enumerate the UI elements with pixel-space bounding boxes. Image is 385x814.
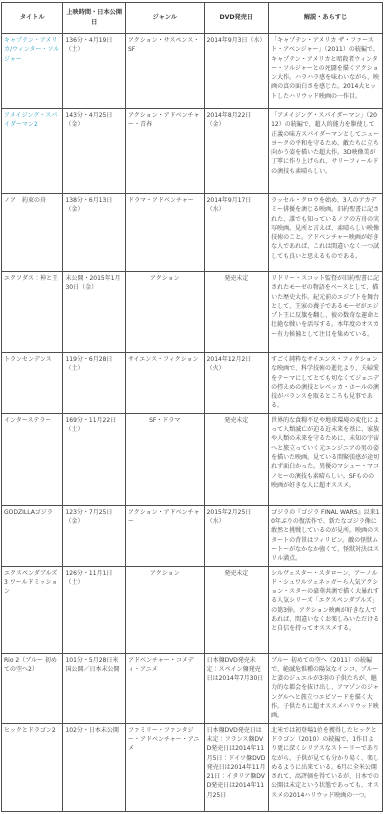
dvd-release-cell: 2015年2月25日（水） [204, 505, 269, 566]
synopsis-cell: 「キャプテン・アメリカ ザ・ファースト・アベンジャー」（2011）の続編で、キャ… [269, 34, 383, 109]
synopsis-cell: ブルー 初めての空へ（2011）の続編で、絶滅危惧種の陽気なインコ、ブルーと妻の… [269, 653, 383, 723]
movie-title-cell: エクソダス：神と王 [2, 272, 63, 353]
movie-title: ヒックとドラゴン2 [4, 727, 56, 734]
dvd-release-cell: 2014年12月2日（火） [204, 353, 269, 414]
genre-cell: SF・ドラマ [125, 413, 204, 505]
dvd-release-cell: 日本盤DVD発売日は未定：フランス盤DVD発売日は2014年11月5日：ドイツ盤… [204, 723, 269, 811]
movie-title-cell: GODZILLAゴジラ [2, 505, 63, 566]
movie-title-cell: キャプテン・アメリカ/ウィンター・ソルジャー [2, 34, 63, 109]
movie-title: トランセンデンス [4, 356, 52, 363]
column-header-genre: ジャンル [125, 3, 204, 34]
movie-title: インターステラー [4, 417, 51, 424]
runtime-release-cell: 126分・11月1日（土） [63, 566, 125, 653]
dvd-release-cell: 2014年8月22日（金） [204, 109, 269, 194]
movie-row: エクソダス：神と王 未公開・2015年1月30日（金） アクション 発売未定 リ… [2, 272, 383, 353]
movie-title: エクソダス：神と王 [4, 275, 58, 282]
runtime-release-cell: 143分・4月25日（金） [63, 109, 125, 194]
movie-title: エクスペンダブルズ3 ワールドミッション [4, 570, 57, 596]
movie-row: トランセンデンス 119分・6月28日（土） サイエンス・フィクション 2014… [2, 353, 383, 414]
genre-cell: サイエンス・フィクション [125, 353, 204, 414]
dvd-release-cell: 2014年9月17日（水） [204, 194, 269, 272]
dvd-release-cell: 発売未定 [204, 413, 269, 505]
runtime-release-cell: 169分・11月22日（土） [63, 413, 125, 505]
movie-row: インターステラー 169分・11月22日（土） SF・ドラマ 発売未定 世界的な… [2, 413, 383, 505]
synopsis-cell: 「アメイジング・スパイダーマン」（2012）の続編で、超人的能力を駆使して正義の… [269, 109, 383, 194]
column-header-title: タイトル [2, 3, 63, 34]
movie-title: ノア 約束の舟 [4, 197, 46, 204]
column-header-runtime-release: 上映時間・日本公開日 [63, 3, 125, 34]
dvd-release-cell: 発売未定 [204, 272, 269, 353]
synopsis-cell: リドリー・スコット監督が旧約聖書に記されたモーゼの物語をベースとして、描いた歴史… [269, 272, 383, 353]
movie-release-page: タイトル 上映時間・日本公開日 ジャンル DVD発売日 解説・あらすじ キャプテ… [0, 0, 385, 814]
runtime-release-cell: 未公開・2015年1月30日（金） [63, 272, 125, 353]
genre-cell: アクション [125, 272, 204, 353]
movie-title-cell: ノア 約束の舟 [2, 194, 63, 272]
synopsis-cell: 北米では初登場1位を獲得したヒックとドラゴン（2010）の続編で、1作目より更に… [269, 723, 383, 811]
movie-title-link[interactable]: アメイジング・スパイダーマン2 [4, 112, 57, 128]
movie-row: キャプテン・アメリカ/ウィンター・ソルジャー 136分・4月19日（土） アクシ… [2, 34, 383, 109]
runtime-release-cell: 138分・6月13日（金） [63, 194, 125, 272]
movie-title-cell: Rio 2（ブルー 初めての空へ2） [2, 653, 63, 723]
movie-title-cell: インターステラー [2, 413, 63, 505]
movie-row: ヒックとドラゴン2 102分・日本未公開 ファミリー・ファンタジー・アドベンチャ… [2, 723, 383, 811]
genre-cell: ファミリー・ファンタジー・アドベンチャー・アニメ [125, 723, 204, 811]
synopsis-cell: ラッセル・クロウを始め、3人のアカデミー俳優を演じる映画。旧約聖書に記された、誰… [269, 194, 383, 272]
runtime-release-cell: 102分・日本未公開 [63, 723, 125, 811]
movie-table: タイトル 上映時間・日本公開日 ジャンル DVD発売日 解説・あらすじ キャプテ… [1, 2, 383, 812]
synopsis-cell: 世界的な食糧不足や地球環境の変化によって人類滅亡が迫る近未来を基に、家族や人類の… [269, 413, 383, 505]
runtime-release-cell: 119分・6月28日（土） [63, 353, 125, 414]
genre-cell: アクション [125, 566, 204, 653]
dvd-release-cell: 日本盤DVD発売未定：スペイン盤発売日は2014年7月30日 [204, 653, 269, 723]
genre-cell: ドラマ・アドベンチャー [125, 194, 204, 272]
movie-row: Rio 2（ブルー 初めての空へ2） 101分・5月28日米国公開／日本未公開 … [2, 653, 383, 723]
runtime-release-cell: 123分・7月25日（金） [63, 505, 125, 566]
movie-title-cell: エクスペンダブルズ3 ワールドミッション [2, 566, 63, 653]
genre-cell: アクション・サスペンス・SF [125, 34, 204, 109]
table-header-row: タイトル 上映時間・日本公開日 ジャンル DVD発売日 解説・あらすじ [2, 3, 383, 34]
column-header-dvd-date: DVD発売日 [204, 3, 269, 34]
movie-title: Rio 2（ブルー 初めての空へ2） [4, 657, 57, 673]
movie-row: ノア 約束の舟 138分・6月13日（金） ドラマ・アドベンチャー 2014年9… [2, 194, 383, 272]
genre-cell: アクション・アドベンチャー・青春 [125, 109, 204, 194]
synopsis-cell: すごく純粋なサイエンス・フィクションな映画で、科学技術の進化より、夫婦愛をテーマ… [269, 353, 383, 414]
movie-title-cell: ヒックとドラゴン2 [2, 723, 63, 811]
movie-title: GODZILLAゴジラ [4, 509, 53, 516]
movie-title-cell: アメイジング・スパイダーマン2 [2, 109, 63, 194]
genre-cell: アクション・アドベンチャー [125, 505, 204, 566]
movie-row: エクスペンダブルズ3 ワールドミッション 126分・11月1日（土） アクション… [2, 566, 383, 653]
genre-cell: アドベンチャー・コメディ・アニメ [125, 653, 204, 723]
synopsis-cell: ゴジラの『ゴジラ FINAL WARS』以来10年ぶりの復活作で、新たなゴジラ像… [269, 505, 383, 566]
synopsis-cell: シルヴェスター・スタローン、アーノルド・シュワルツェネッガーら人気アクション・ス… [269, 566, 383, 653]
runtime-release-cell: 136分・4月19日（土） [63, 34, 125, 109]
runtime-release-cell: 101分・5月28日米国公開／日本未公開 [63, 653, 125, 723]
dvd-release-cell: 2014年9月3日（水） [204, 34, 269, 109]
movie-title-cell: トランセンデンス [2, 353, 63, 414]
movie-row: GODZILLAゴジラ 123分・7月25日（金） アクション・アドベンチャー … [2, 505, 383, 566]
movie-title-link[interactable]: キャプテン・アメリカ/ウィンター・ソルジャー [4, 37, 59, 63]
column-header-synopsis: 解説・あらすじ [269, 3, 383, 34]
movie-row: アメイジング・スパイダーマン2 143分・4月25日（金） アクション・アドベン… [2, 109, 383, 194]
dvd-release-cell: 発売未定 [204, 566, 269, 653]
